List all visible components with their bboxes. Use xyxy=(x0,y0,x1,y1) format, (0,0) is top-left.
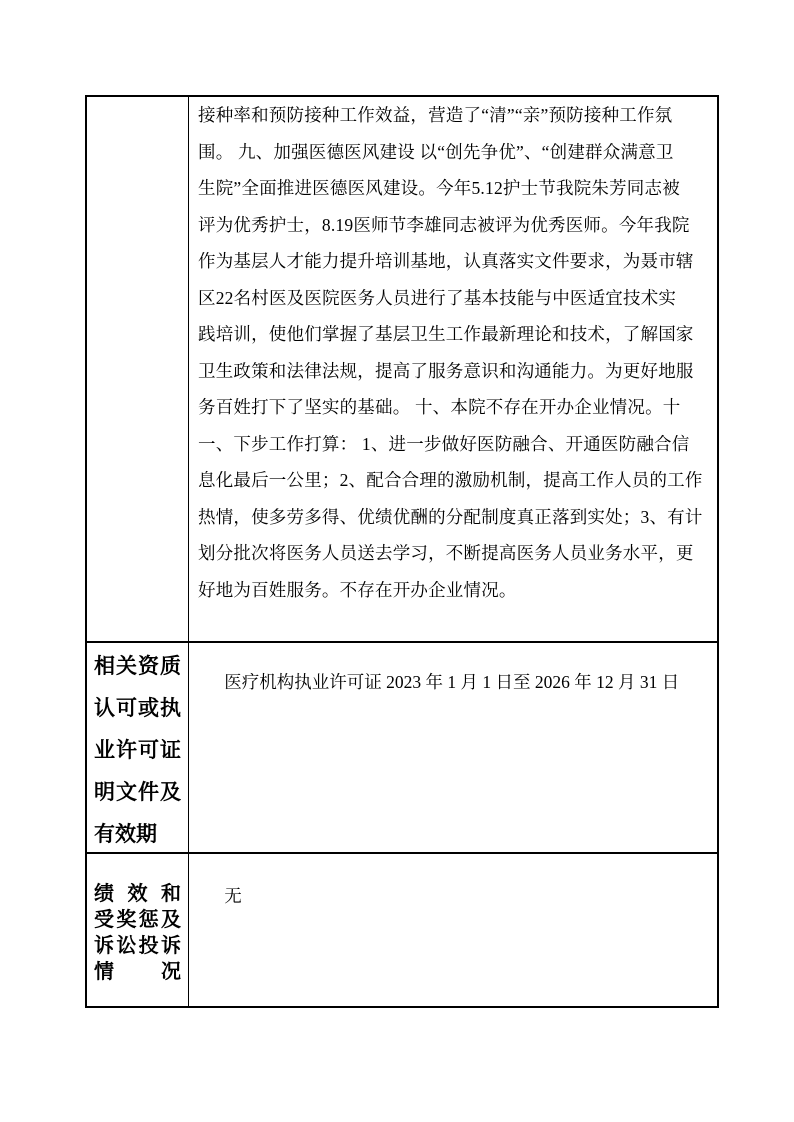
summary-line: 接种率和预防接种工作效益，营造了“清”“亲”预防接种工作氛 xyxy=(198,97,713,134)
summary-line: 评为优秀护士，8.19医师节李雄同志被评为优秀医师。今年我院 xyxy=(198,207,713,244)
summary-line: 作为基层人才能力提升培训基地，认真落实文件要求，为聂市辖 xyxy=(198,243,713,280)
summary-line: 好地为百姓服务。不存在开办企业情况。 xyxy=(198,572,713,609)
report-table: 接种率和预防接种工作效益，营造了“清”“亲”预防接种工作氛 围。 九、加强医德医… xyxy=(85,95,719,1008)
document-page: 接种率和预防接种工作效益，营造了“清”“亲”预防接种工作氛 围。 九、加强医德医… xyxy=(0,0,794,1122)
qualification-content-cell: 医疗机构执业许可证 2023 年 1 月 1 日至 2026 年 12 月 31… xyxy=(188,641,717,852)
summary-line: 务百姓打下了坚实的基础。 十、本院不存在开办企业情况。十 xyxy=(198,389,713,426)
performance-header-line: 受奖惩及 xyxy=(94,907,181,933)
summary-line: 践培训，使他们掌握了基层卫生工作最新理论和技术，了解国家 xyxy=(198,316,713,353)
summary-line: 一、下步工作打算： 1、进一步做好医防融合、开通医防融合信 xyxy=(198,426,713,463)
performance-header-line: 绩 效 和 xyxy=(94,881,181,907)
row1-header-cell-empty xyxy=(87,97,188,641)
qualification-header-line: 认可或执 xyxy=(94,687,181,729)
performance-header-line: 情 况 xyxy=(94,959,181,985)
work-summary-cell: 接种率和预防接种工作效益，营造了“清”“亲”预防接种工作氛 围。 九、加强医德医… xyxy=(188,97,717,641)
summary-line: 生院”全面推进医德医风建设。今年5.12护士节我院朱芳同志被 xyxy=(198,170,713,207)
summary-line: 划分批次将医务人员送去学习，不断提高医务人员业务水平，更 xyxy=(198,535,713,572)
qualification-header-cell: 相关资质 认可或执 业许可证 明文件及 有效期 xyxy=(87,641,188,852)
qualification-header-line: 明文件及 xyxy=(94,771,181,813)
qualification-header-line: 业许可证 xyxy=(94,729,181,771)
performance-header-line: 诉讼投诉 xyxy=(94,933,181,959)
qualification-header-line: 有效期 xyxy=(94,813,181,852)
performance-none-text: 无 xyxy=(224,886,242,906)
performance-header-cell: 绩 效 和 受奖惩及 诉讼投诉 情 况 xyxy=(87,852,188,1006)
summary-line: 热情，使多劳多得、优绩优酬的分配制度真正落到实处；3、有计 xyxy=(198,499,713,536)
summary-line: 息化最后一公里；2、配合合理的激励机制，提高工作人员的工作 xyxy=(198,462,713,499)
performance-content-cell: 无 xyxy=(188,852,717,1006)
summary-line: 卫生政策和法律法规，提高了服务意识和沟通能力。为更好地服 xyxy=(198,353,713,390)
qualification-header-line: 相关资质 xyxy=(94,645,181,687)
license-validity-text: 医疗机构执业许可证 2023 年 1 月 1 日至 2026 年 12 月 31… xyxy=(224,672,679,692)
summary-line: 围。 九、加强医德医风建设 以“创先争优”、“创建群众满意卫 xyxy=(198,134,713,171)
summary-line: 区22名村医及医院医务人员进行了基本技能与中医适宜技术实 xyxy=(198,280,713,317)
